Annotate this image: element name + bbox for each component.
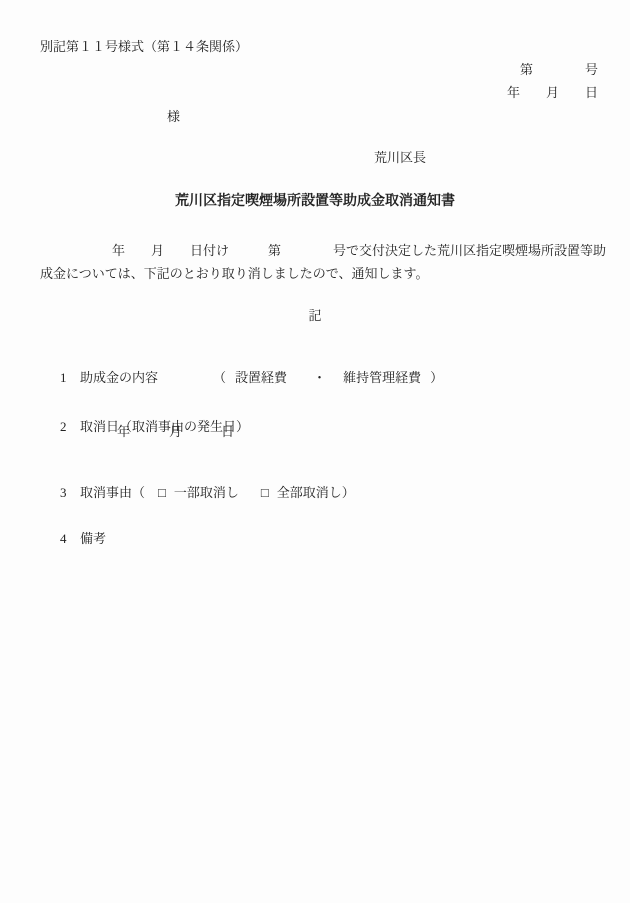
paren-close: ） xyxy=(342,485,355,500)
option-full-cancellation: 全部取消し xyxy=(277,485,342,500)
form-reference: 別記第１１号様式（第１４条関係） xyxy=(40,39,248,56)
item-label: 取消事由 xyxy=(80,485,132,500)
item-number: 4 xyxy=(60,531,80,548)
option-partial-cancellation: 一部取消し xyxy=(174,485,239,500)
paren-open: （ xyxy=(132,485,145,500)
item-subsidy-content: 1助成金の内容（設置経費・維持管理経費） xyxy=(47,353,443,404)
addressee-honorific: 様 xyxy=(167,109,180,126)
document-page: 別記第１１号様式（第１４条関係） 第 号 年 月 日 様 荒川区長 荒川区指定喫… xyxy=(0,0,630,903)
item-label: 助成金の内容 xyxy=(80,370,158,385)
item-remarks: 4備考 xyxy=(47,514,106,565)
option-maintenance-cost: 維持管理経費 xyxy=(343,370,421,385)
document-title: 荒川区指定喫煙場所設置等助成金取消通知書 xyxy=(0,193,630,211)
checkbox-partial-icon: □ xyxy=(158,485,166,500)
cancellation-date-placeholder: 年 月 日 xyxy=(117,424,234,441)
sender-title: 荒川区長 xyxy=(374,150,426,167)
item-cancellation-reason: 3取消事由（□一部取消し□全部取消し） xyxy=(47,468,355,519)
issue-date-line: 年 月 日 xyxy=(507,85,598,102)
option-installation-cost: 設置経費 xyxy=(235,370,287,385)
paren-close: ） xyxy=(430,370,443,385)
record-marker: 記 xyxy=(0,308,630,325)
item-label: 備考 xyxy=(80,531,106,546)
body-line-2: 成金については、下記のとおり取り消しましたので、通知します。 xyxy=(40,266,428,283)
body-line-1: 年 月 日付け 第 号で交付決定した荒川区指定喫煙場所設置等助 xyxy=(112,243,606,260)
paren-open: （ xyxy=(213,370,226,385)
item-number: 3 xyxy=(60,485,80,502)
item-number: 2 xyxy=(60,419,80,436)
checkbox-full-icon: □ xyxy=(261,485,269,500)
item-number: 1 xyxy=(60,370,80,387)
separator-dot-icon: ・ xyxy=(313,370,326,385)
document-number-line: 第 号 xyxy=(520,62,598,79)
